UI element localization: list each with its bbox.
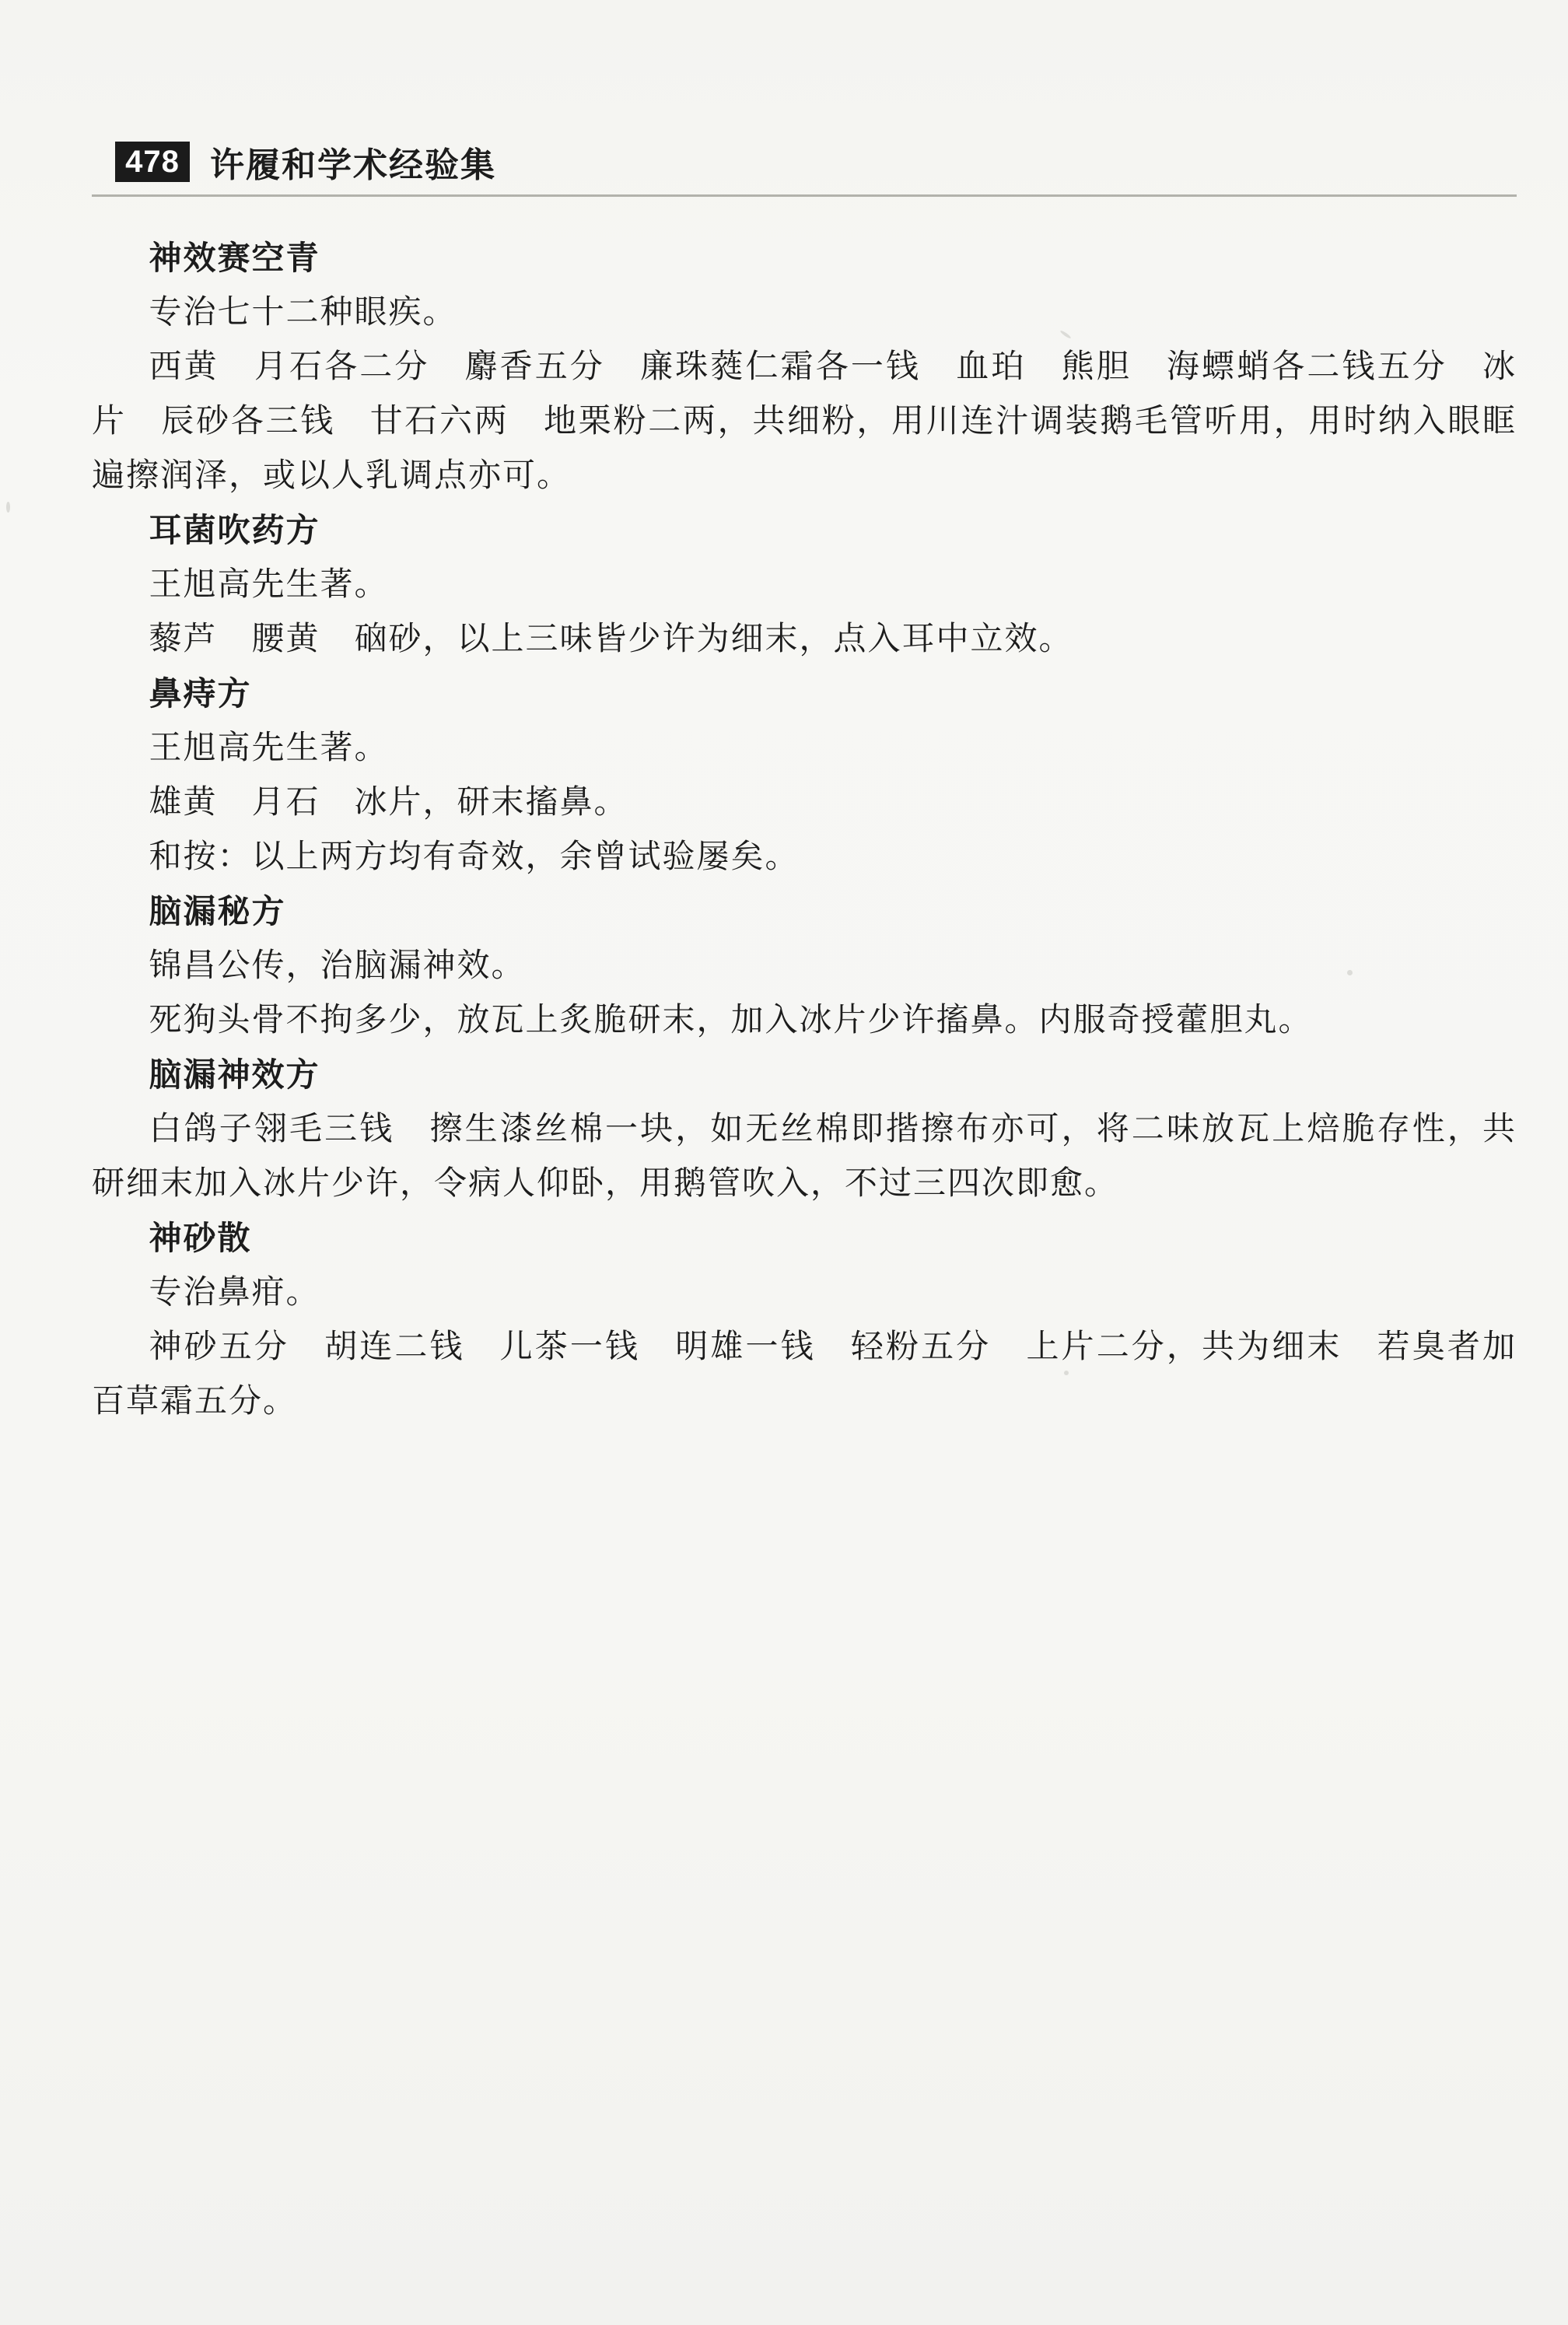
section-heading: 鼻痔方	[92, 667, 1517, 721]
paragraph: 王旭高先生著。	[92, 558, 1517, 612]
section-heading: 脑漏秘方	[92, 884, 1517, 939]
paragraph: 王旭高先生著。	[92, 721, 1517, 776]
paragraph: 雄黄 月石 冰片，研末搐鼻。	[92, 776, 1517, 830]
paragraph: 西黄 月石各二分 麝香五分 廉珠蕤仁霜各一钱 血珀 熊胆 海螵蛸各二钱五分 冰片…	[92, 340, 1517, 503]
book-title: 许履和学术经验集	[210, 137, 496, 187]
scan-artifact	[1347, 970, 1353, 975]
paragraph: 和按：以上两方均有奇效，余曾试验屡矣。	[92, 830, 1517, 884]
paragraph: 专治鼻疳。	[92, 1266, 1517, 1320]
section-heading: 神效赛空青	[92, 231, 1517, 285]
section-heading: 神砂散	[92, 1211, 1517, 1266]
section-heading: 脑漏神效方	[92, 1048, 1517, 1102]
paragraph: 锦昌公传，治脑漏神效。	[92, 939, 1517, 993]
scanned-book-page: 478 许履和学术经验集 神效赛空青 专治七十二种眼疾。 西黄 月石各二分 麝香…	[0, 0, 1568, 2325]
section-heading: 耳菌吹药方	[92, 503, 1517, 558]
paragraph: 死狗头骨不拘多少，放瓦上炙脆研末，加入冰片少许搐鼻。内服奇授藿胆丸。	[92, 993, 1517, 1048]
paragraph: 白鸽子翎毛三钱 擦生漆丝棉一块，如无丝棉即揩擦布亦可，将二味放瓦上焙脆存性，共研…	[92, 1102, 1517, 1211]
page-header: 478 许履和学术经验集	[115, 142, 1517, 182]
scan-artifact	[6, 502, 10, 513]
paragraph: 藜芦 腰黄 硇砂，以上三味皆少许为细末，点入耳中立效。	[92, 612, 1517, 667]
paragraph: 神砂五分 胡连二钱 儿茶一钱 明雄一钱 轻粉五分 上片二分，共为细末 若臭者加百…	[92, 1320, 1517, 1429]
document-body: 神效赛空青 专治七十二种眼疾。 西黄 月石各二分 麝香五分 廉珠蕤仁霜各一钱 血…	[92, 231, 1517, 1429]
page-number-badge: 478	[115, 142, 190, 182]
scan-artifact	[1064, 1371, 1069, 1375]
paragraph: 专治七十二种眼疾。	[92, 285, 1517, 340]
header-rule	[92, 194, 1517, 197]
